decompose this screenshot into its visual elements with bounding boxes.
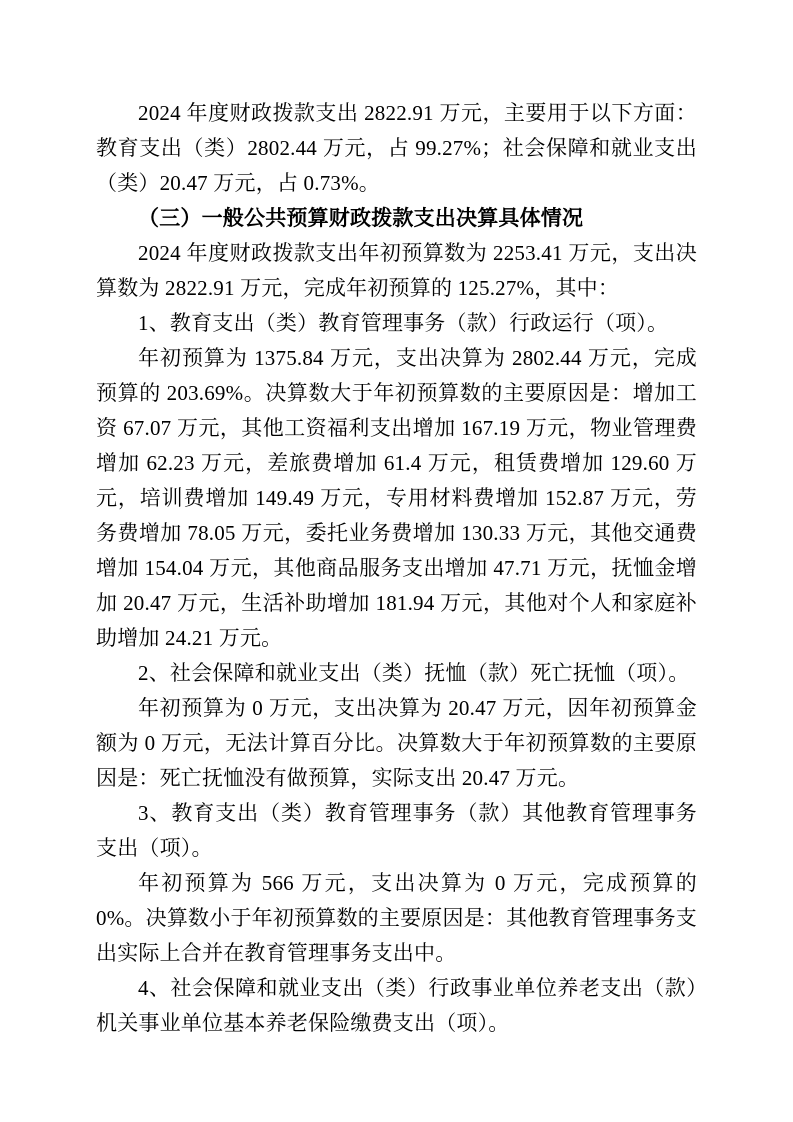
list-item-2-detail: 年初预算为 0 万元，支出决算为 20.47 万元，因年初预算金额为 0 万元，… xyxy=(96,691,697,796)
document-page: 2024 年度财政拨款支出 2822.91 万元，主要用于以下方面：教育支出（类… xyxy=(0,0,793,1122)
list-item-3-detail: 年初预算为 566 万元，支出决算为 0 万元，完成预算的 0%。决算数小于年初… xyxy=(96,866,697,971)
list-item-1-detail: 年初预算为 1375.84 万元，支出决算为 2802.44 万元，完成预算的 … xyxy=(96,341,697,656)
paragraph-budget-vs-final-accounts: 2024 年度财政拨款支出年初预算数为 2253.41 万元，支出决算数为 28… xyxy=(96,236,697,306)
list-item-2-title: 2、社会保障和就业支出（类）抚恤（款）死亡抚恤（项）。 xyxy=(96,656,697,691)
section-heading-general-public-budget-details: （三）一般公共预算财政拨款支出决算具体情况 xyxy=(96,201,697,236)
list-item-3-title: 3、教育支出（类）教育管理事务（款）其他教育管理事务支出（项）。 xyxy=(96,796,697,866)
list-item-4-title: 4、社会保障和就业支出（类）行政事业单位养老支出（款）机关事业单位基本养老保险缴… xyxy=(96,971,697,1041)
paragraph-expenditure-overview: 2024 年度财政拨款支出 2822.91 万元，主要用于以下方面：教育支出（类… xyxy=(96,96,697,201)
document-body: 2024 年度财政拨款支出 2822.91 万元，主要用于以下方面：教育支出（类… xyxy=(96,96,697,1041)
list-item-1-title: 1、教育支出（类）教育管理事务（款）行政运行（项）。 xyxy=(96,306,697,341)
